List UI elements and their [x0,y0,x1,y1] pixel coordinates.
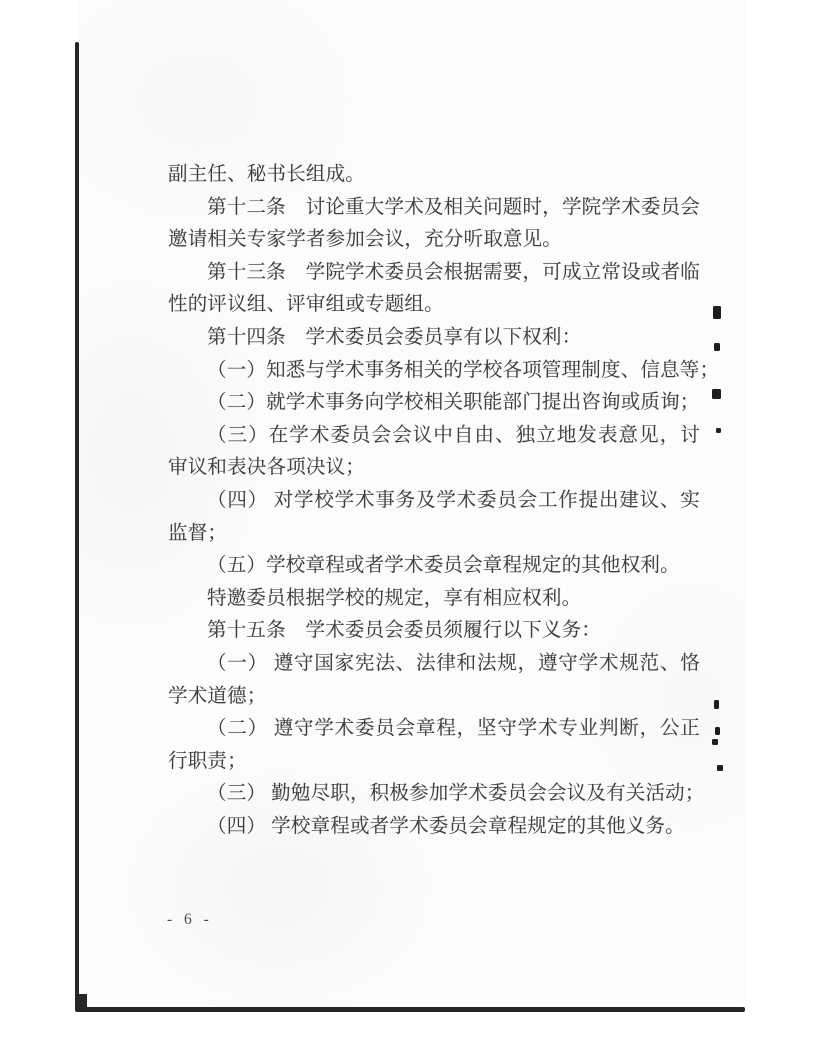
text-line: 学术道德； [168,681,700,714]
document-text-block: 副主任、秘书长组成。第十二条 讨论重大学术及相关问题时，学院学术委员会可邀请相关… [168,159,700,843]
text-line: （四） 学校章程或者学术委员会章程规定的其他义务。 [168,811,700,844]
text-line: 审议和表决各项决议； [168,452,700,485]
text-line: （二） 遵守学术委员会章程，坚守学术专业判断，公正履 [168,713,700,746]
text-line: 行职责； [168,746,700,779]
text-line: 第十五条 学术委员会委员须履行以下义务： [168,615,700,648]
text-line: 性的评议组、评审组或专题组。 [168,289,700,322]
scan-speck [717,765,723,771]
text-line: 监督； [168,518,700,551]
scan-canvas: 副主任、秘书长组成。第十二条 讨论重大学术及相关问题时，学院学术委员会可邀请相关… [0,0,815,1055]
text-line: （三）在学术委员会会议中自由、独立地发表意见，讨论、 [168,420,700,453]
text-line: （一）知悉与学术事务相关的学校各项管理制度、信息等； [168,355,700,388]
text-line: （一） 遵守国家宪法、法律和法规，遵守学术规范、恪守 [168,648,700,681]
text-line: 特邀委员根据学校的规定，享有相应权利。 [168,583,700,616]
text-line: （四） 对学校学术事务及学术委员会工作提出建议、实施 [168,485,700,518]
scan-speck [716,428,721,433]
page-left-edge [75,42,79,1008]
scan-speck [714,700,719,709]
scan-speck [715,727,720,735]
page-number: - 6 - [167,911,213,929]
scan-speck [712,389,721,399]
scan-speck [713,306,721,319]
text-line: （五）学校章程或者学术委员会章程规定的其他权利。 [168,550,700,583]
scan-speck [712,739,718,745]
scan-speck [714,343,720,351]
text-line: （三） 勤勉尽职，积极参加学术委员会会议及有关活动； [168,778,700,811]
text-line: 第十二条 讨论重大学术及相关问题时，学院学术委员会可 [168,192,700,225]
text-line: 第十三条 学院学术委员会根据需要，可成立常设或者临时 [168,257,700,290]
text-line: （二）就学术事务向学校相关职能部门提出咨询或质询； [168,387,700,420]
text-line: 第十四条 学术委员会委员享有以下权利： [168,322,700,355]
page-bottom-edge [75,1007,745,1012]
text-line: 副主任、秘书长组成。 [168,159,700,192]
text-line: 邀请相关专家学者参加会议，充分听取意见。 [168,224,700,257]
